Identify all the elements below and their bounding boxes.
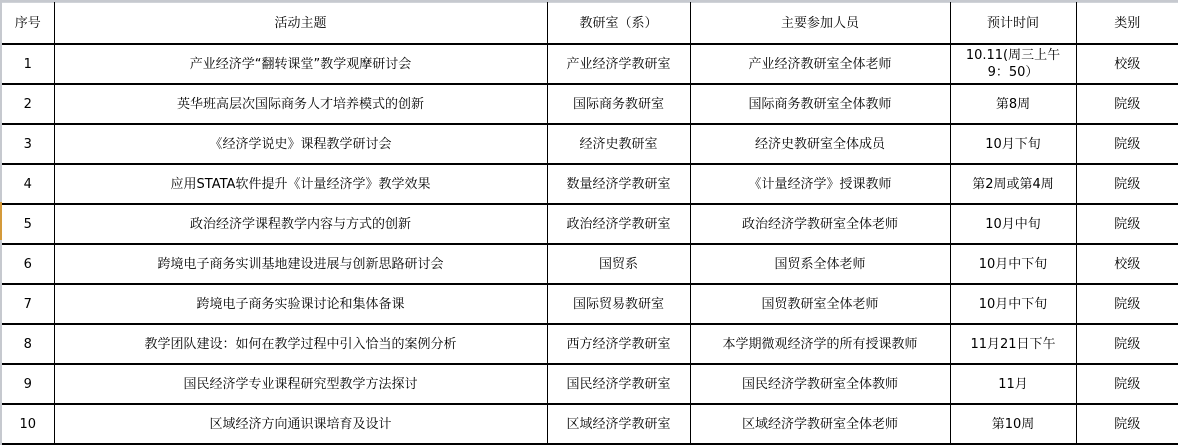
cell-department[interactable]: 国贸系 [547, 244, 690, 284]
cell-level[interactable]: 院级 [1076, 124, 1178, 164]
cell-time[interactable]: 11月 [950, 364, 1076, 404]
table-row: 2 英华班高层次国际商务人才培养模式的创新 国际商务教研室 国际商务教研室全体教… [2, 84, 1178, 124]
cell-index[interactable]: 7 [2, 284, 54, 324]
cell-time[interactable]: 10月中旬 [950, 204, 1076, 244]
header-level[interactable]: 类别 [1076, 3, 1178, 45]
cell-time[interactable]: 10月中下旬 [950, 244, 1076, 284]
cell-topic[interactable]: 产业经济学“翻转课堂”教学观摩研讨会 [54, 44, 547, 84]
cell-department[interactable]: 国际商务教研室 [547, 84, 690, 124]
table-row: 9 国民经济学专业课程研究型教学方法探讨 国民经济学教研室 国民经济学教研室全体… [2, 364, 1178, 404]
cell-topic[interactable]: 应用STATA软件提升《计量经济学》教学效果 [54, 164, 547, 204]
header-time[interactable]: 预计时间 [950, 3, 1076, 45]
cell-participants[interactable]: 产业经济教研室全体老师 [690, 44, 950, 84]
cell-index[interactable]: 6 [2, 244, 54, 284]
cell-department[interactable]: 数量经济学教研室 [547, 164, 690, 204]
table-row: 10 区域经济方向通识课培育及设计 区域经济学教研室 区域经济学教研室全体老师 … [2, 404, 1178, 444]
cell-participants[interactable]: 经济史教研室全体成员 [690, 124, 950, 164]
header-row: 序号 活动主题 教研室（系） 主要参加人员 预计时间 类别 [2, 3, 1178, 45]
cell-level[interactable]: 院级 [1076, 364, 1178, 404]
header-participants[interactable]: 主要参加人员 [690, 3, 950, 45]
cell-time[interactable]: 10.11(周三上午 9：50） [950, 44, 1076, 84]
cell-topic[interactable]: 政治经济学课程教学内容与方式的创新 [54, 204, 547, 244]
cell-index[interactable]: 3 [2, 124, 54, 164]
table-row: 7 跨境电子商务实验课讨论和集体备课 国际贸易教研室 国贸教研室全体老师 10月… [2, 284, 1178, 324]
cell-participants[interactable]: 国民经济学教研室全体教师 [690, 364, 950, 404]
cell-time-line1: 10.11(周三上午 [953, 47, 1074, 64]
cell-level[interactable]: 院级 [1076, 404, 1178, 444]
cell-participants[interactable]: 政治经济学教研室全体老师 [690, 204, 950, 244]
cell-index[interactable]: 8 [2, 324, 54, 364]
cell-level[interactable]: 院级 [1076, 84, 1178, 124]
cell-level[interactable]: 院级 [1076, 164, 1178, 204]
cell-department[interactable]: 区域经济学教研室 [547, 404, 690, 444]
cell-index[interactable]: 9 [2, 364, 54, 404]
cell-level[interactable]: 院级 [1076, 284, 1178, 324]
cell-time[interactable]: 第8周 [950, 84, 1076, 124]
cell-participants[interactable]: 本学期微观经济学的所有授课教师 [690, 324, 950, 364]
cell-participants[interactable]: 国贸教研室全体老师 [690, 284, 950, 324]
activity-table: 序号 活动主题 教研室（系） 主要参加人员 预计时间 类别 1 产业经济学“翻转… [2, 2, 1178, 445]
cell-index[interactable]: 4 [2, 164, 54, 204]
cell-department[interactable]: 国际贸易教研室 [547, 284, 690, 324]
cell-index[interactable]: 5 [2, 204, 54, 244]
cell-department[interactable]: 国民经济学教研室 [547, 364, 690, 404]
cell-topic[interactable]: 《经济学说史》课程教学研讨会 [54, 124, 547, 164]
cell-participants[interactable]: 《计量经济学》授课教师 [690, 164, 950, 204]
cell-department[interactable]: 政治经济学教研室 [547, 204, 690, 244]
cell-time[interactable]: 10月中下旬 [950, 284, 1076, 324]
table-row: 1 产业经济学“翻转课堂”教学观摩研讨会 产业经济学教研室 产业经济教研室全体老… [2, 44, 1178, 84]
header-department[interactable]: 教研室（系） [547, 3, 690, 45]
cell-time[interactable]: 第10周 [950, 404, 1076, 444]
cell-participants[interactable]: 国际商务教研室全体教师 [690, 84, 950, 124]
cell-level[interactable]: 校级 [1076, 44, 1178, 84]
cell-department[interactable]: 西方经济学教研室 [547, 324, 690, 364]
cell-index[interactable]: 2 [2, 84, 54, 124]
cell-time[interactable]: 第2周或第4周 [950, 164, 1076, 204]
cell-time[interactable]: 10月下旬 [950, 124, 1076, 164]
cell-topic[interactable]: 国民经济学专业课程研究型教学方法探讨 [54, 364, 547, 404]
cell-topic[interactable]: 英华班高层次国际商务人才培养模式的创新 [54, 84, 547, 124]
cell-level[interactable]: 校级 [1076, 244, 1178, 284]
cell-participants[interactable]: 国贸系全体老师 [690, 244, 950, 284]
header-topic[interactable]: 活动主题 [54, 3, 547, 45]
cell-topic[interactable]: 教学团队建设：如何在教学过程中引入恰当的案例分析 [54, 324, 547, 364]
cell-level[interactable]: 院级 [1076, 324, 1178, 364]
cell-index[interactable]: 10 [2, 404, 54, 444]
cell-topic[interactable]: 跨境电子商务实验课讨论和集体备课 [54, 284, 547, 324]
cell-department[interactable]: 产业经济学教研室 [547, 44, 690, 84]
table-row: 3 《经济学说史》课程教学研讨会 经济史教研室 经济史教研室全体成员 10月下旬… [2, 124, 1178, 164]
cell-level[interactable]: 院级 [1076, 204, 1178, 244]
cell-index[interactable]: 1 [2, 44, 54, 84]
header-index[interactable]: 序号 [2, 3, 54, 45]
cell-participants[interactable]: 区域经济学教研室全体老师 [690, 404, 950, 444]
cell-topic[interactable]: 跨境电子商务实训基地建设进展与创新思路研讨会 [54, 244, 547, 284]
cell-topic[interactable]: 区域经济方向通识课培育及设计 [54, 404, 547, 444]
table-row: 6 跨境电子商务实训基地建设进展与创新思路研讨会 国贸系 国贸系全体老师 10月… [2, 244, 1178, 284]
cell-time-line2: 9：50） [953, 64, 1074, 81]
table-row: 4 应用STATA软件提升《计量经济学》教学效果 数量经济学教研室 《计量经济学… [2, 164, 1178, 204]
cell-time[interactable]: 11月21日下午 [950, 324, 1076, 364]
cell-department[interactable]: 经济史教研室 [547, 124, 690, 164]
table-row: 5 政治经济学课程教学内容与方式的创新 政治经济学教研室 政治经济学教研室全体老… [2, 204, 1178, 244]
table-row: 8 教学团队建设：如何在教学过程中引入恰当的案例分析 西方经济学教研室 本学期微… [2, 324, 1178, 364]
